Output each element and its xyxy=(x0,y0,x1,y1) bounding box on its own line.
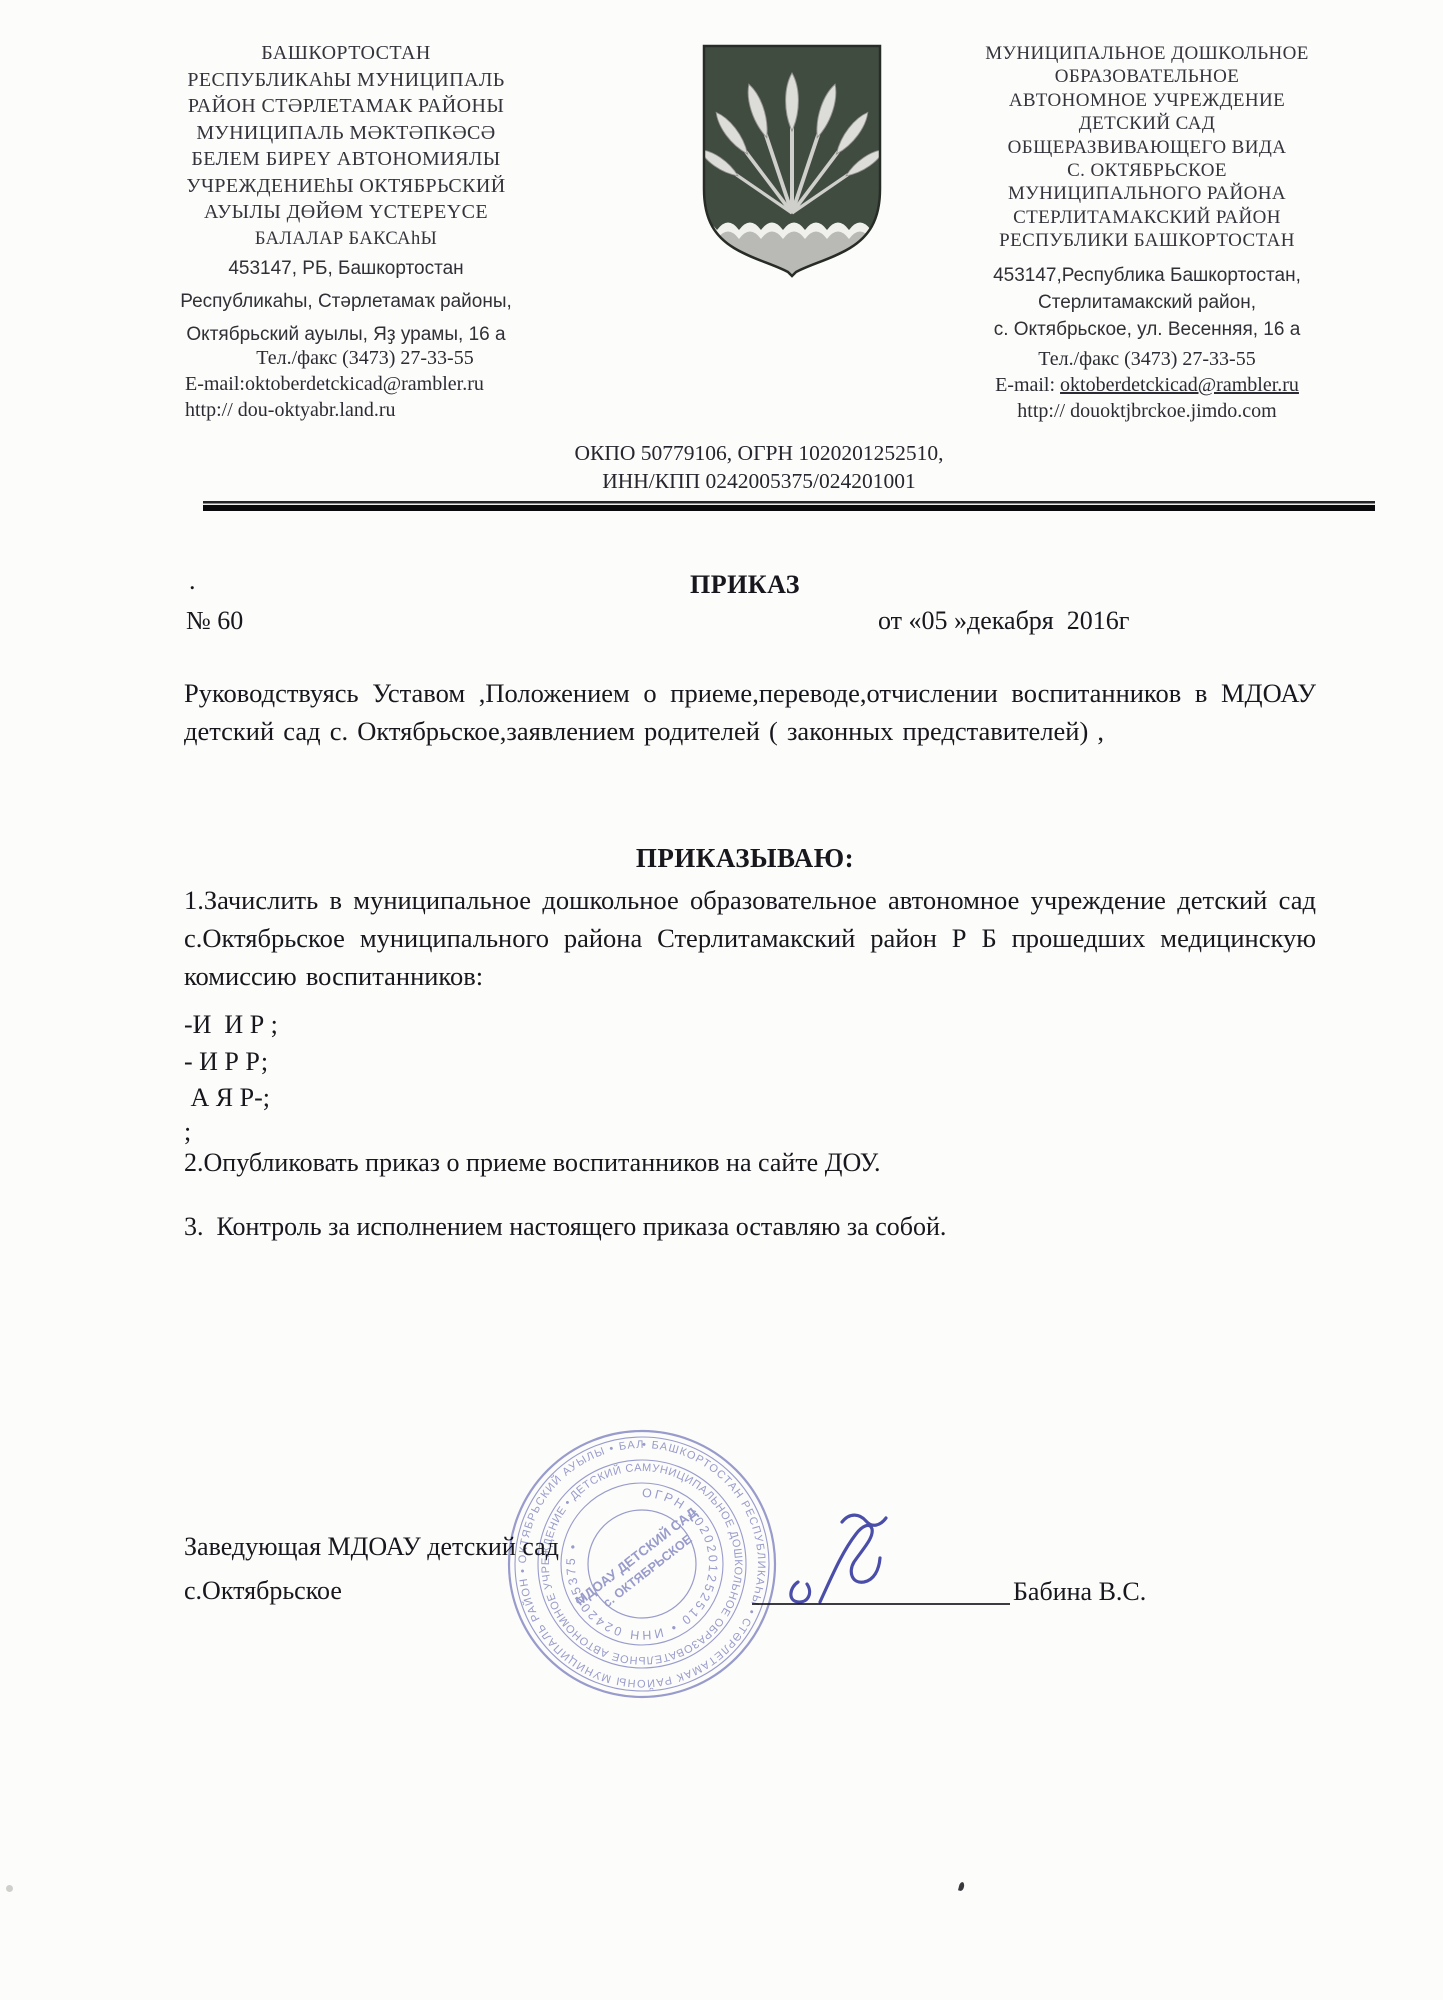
scan-artifact-speck xyxy=(6,1885,13,1892)
phone-line: Тел./факс (3473) 27-33-55 xyxy=(938,346,1356,372)
coat-of-arms xyxy=(701,43,883,279)
order-item-3: 3. Контроль за исполнением настоящего пр… xyxy=(184,1212,946,1242)
org-name-line: РЕСПУБЛИКИ БАШКОРТОСТАН xyxy=(938,229,1356,252)
org-name-line: РАЙОН СТӘРЛЕТАМАК РАЙОНЫ xyxy=(168,93,524,120)
inn-kpp-line: ИНН/КПП 0242005375/024201001 xyxy=(398,468,1120,496)
order-preamble: Руководствуясь Уставом ,Положением о при… xyxy=(184,674,1316,750)
org-name-line: ОБЩЕРАЗВИВАЮЩЕГО ВИДА xyxy=(938,136,1356,159)
org-name-line: БЕЛЕМ БИРЕҮ АВТОНОМИЯЛЫ xyxy=(168,146,524,173)
signer-position-line1: Заведующая МДОАУ детский сад xyxy=(184,1532,559,1562)
org-name-line: РЕСПУБЛИКАһЫ МУНИЦИПАЛЬ xyxy=(168,67,524,94)
org-name-bashkir: БАШКОРТОСТАН РЕСПУБЛИКАһЫ МУНИЦИПАЛЬ РАЙ… xyxy=(168,40,524,252)
header-separator-rule xyxy=(203,501,1375,511)
email-address: oktoberdetckicad@rambler.ru xyxy=(1060,374,1299,396)
coat-of-arms-shield-with-wheat-icon xyxy=(701,43,883,279)
address-line: 453147, РБ, Башкортостан xyxy=(150,252,542,285)
org-address-bashkir: 453147, РБ, Башкортостан Республикаһы, С… xyxy=(150,252,542,351)
order-item-2: 2.Опубликовать приказ о приеме воспитанн… xyxy=(184,1148,880,1178)
order-date: от «05 »декабря 2016г xyxy=(878,606,1129,636)
org-name-line: АВТОНОМНОЕ УЧРЕЖДЕНИЕ xyxy=(938,89,1356,112)
pupil-line: А Я Р-; xyxy=(184,1083,270,1113)
signer-name: Бабина В.С. xyxy=(1013,1577,1146,1607)
email-label: E-mail: xyxy=(995,374,1060,396)
org-name-line: СТЕРЛИТАМАКСКИЙ РАЙОН xyxy=(938,206,1356,229)
resolve-heading: ПРИКАЗЫВАЮ: xyxy=(95,843,1395,874)
org-name-line: МУНИЦИПАЛЬ МӘКТӘПКӘСӘ xyxy=(168,120,524,147)
email-line: E-mail: oktoberdetckicad@rambler.ru xyxy=(938,372,1356,398)
pupil-line: -И И Р ; xyxy=(184,1010,278,1040)
signature-ink-icon xyxy=(782,1506,922,1616)
website-line: http:// dou-oktyabr.land.ru xyxy=(185,397,545,423)
address-line: с. Октябрьское, ул. Весенняя, 16 а xyxy=(938,316,1356,343)
address-line: Стерлитамакский район, xyxy=(938,289,1356,316)
address-line: 453147,Республика Башкортостан, xyxy=(938,262,1356,289)
email-line: E-mail:oktoberdetckicad@rambler.ru xyxy=(185,371,545,397)
org-name-line: С. ОКТЯБРЬСКОЕ xyxy=(938,159,1356,182)
org-contacts-right: Тел./факс (3473) 27-33-55 E-mail: oktobe… xyxy=(938,346,1356,424)
org-contacts-left: Тел./факс (3473) 27-33-55 E-mail:oktober… xyxy=(185,345,545,423)
stamp-ring-inner-text: ОГРН 1020201252510 • ИНН 0242005375 • xyxy=(564,1486,720,1642)
round-seal-icon: • БАШКОРТОСТАН РЕСПУБЛИКАҺЫ • СТӘРЛЕТАМА… xyxy=(497,1419,787,1709)
signature-underline xyxy=(752,1603,1010,1605)
signer-position-line2: с.Октябрьское xyxy=(184,1576,342,1606)
order-title: ПРИКАЗ xyxy=(95,570,1395,600)
handwritten-signature xyxy=(782,1506,922,1616)
pupil-line: ; xyxy=(184,1117,191,1147)
org-name-russian: МУНИЦИПАЛЬНОЕ ДОШКОЛЬНОЕ ОБРАЗОВАТЕЛЬНОЕ… xyxy=(938,42,1356,253)
stamp-center-line2: с. ОКТЯБРЬСКОЕ xyxy=(600,1532,694,1610)
org-name-line: МУНИЦИПАЛЬНОЕ ДОШКОЛЬНОЕ xyxy=(938,42,1356,65)
org-name-line: ДЕТСКИЙ САД xyxy=(938,112,1356,135)
pupil-line: - И Р Р; xyxy=(184,1047,268,1077)
okpo-ogrn-line: ОКПО 50779106, ОГРН 1020201252510, xyxy=(398,440,1120,468)
org-address-russian: 453147,Республика Башкортостан, Стерлита… xyxy=(938,262,1356,343)
org-name-line: АУЫЛЫ ДӨЙӨМ ҮСТЕРЕҮСЕ xyxy=(168,199,524,226)
org-name-line: УЧРЕЖДЕНИЕһЫ ОКТЯБРЬСКИЙ xyxy=(168,173,524,200)
svg-text:ОГРН 1020201252510 • ИНН 024: ОГРН 1020201252510 • ИНН 0242005375 • xyxy=(564,1486,720,1642)
address-line: Республикаһы, Стәрлетамаҡ районы, xyxy=(150,285,542,318)
org-name-line: БАШКОРТОСТАН xyxy=(168,40,524,67)
phone-line: Тел./факс (3473) 27-33-55 xyxy=(185,345,545,371)
website-line: http:// douoktjbrckoe.jimdo.com xyxy=(938,398,1356,424)
registry-numbers: ОКПО 50779106, ОГРН 1020201252510, ИНН/К… xyxy=(398,440,1120,495)
order-item-1: 1.Зачислить в муниципальное дошкольное о… xyxy=(184,881,1316,995)
org-name-line: МУНИЦИПАЛЬНОГО РАЙОНА xyxy=(938,182,1356,205)
scan-artifact-speck xyxy=(958,1882,965,1892)
stamp-center-line1: МДОАУ ДЕТСКИЙ САД xyxy=(573,1504,701,1608)
scanned-order-document: БАШКОРТОСТАН РЕСПУБЛИКАһЫ МУНИЦИПАЛЬ РАЙ… xyxy=(0,0,1443,2000)
official-round-stamp: • БАШКОРТОСТАН РЕСПУБЛИКАҺЫ • СТӘРЛЕТАМА… xyxy=(497,1419,787,1709)
org-name-line: ОБРАЗОВАТЕЛЬНОЕ xyxy=(938,65,1356,88)
order-number: № 60 xyxy=(186,606,243,636)
org-name-line: БАЛАЛАР БАКСАһЫ xyxy=(168,226,524,253)
